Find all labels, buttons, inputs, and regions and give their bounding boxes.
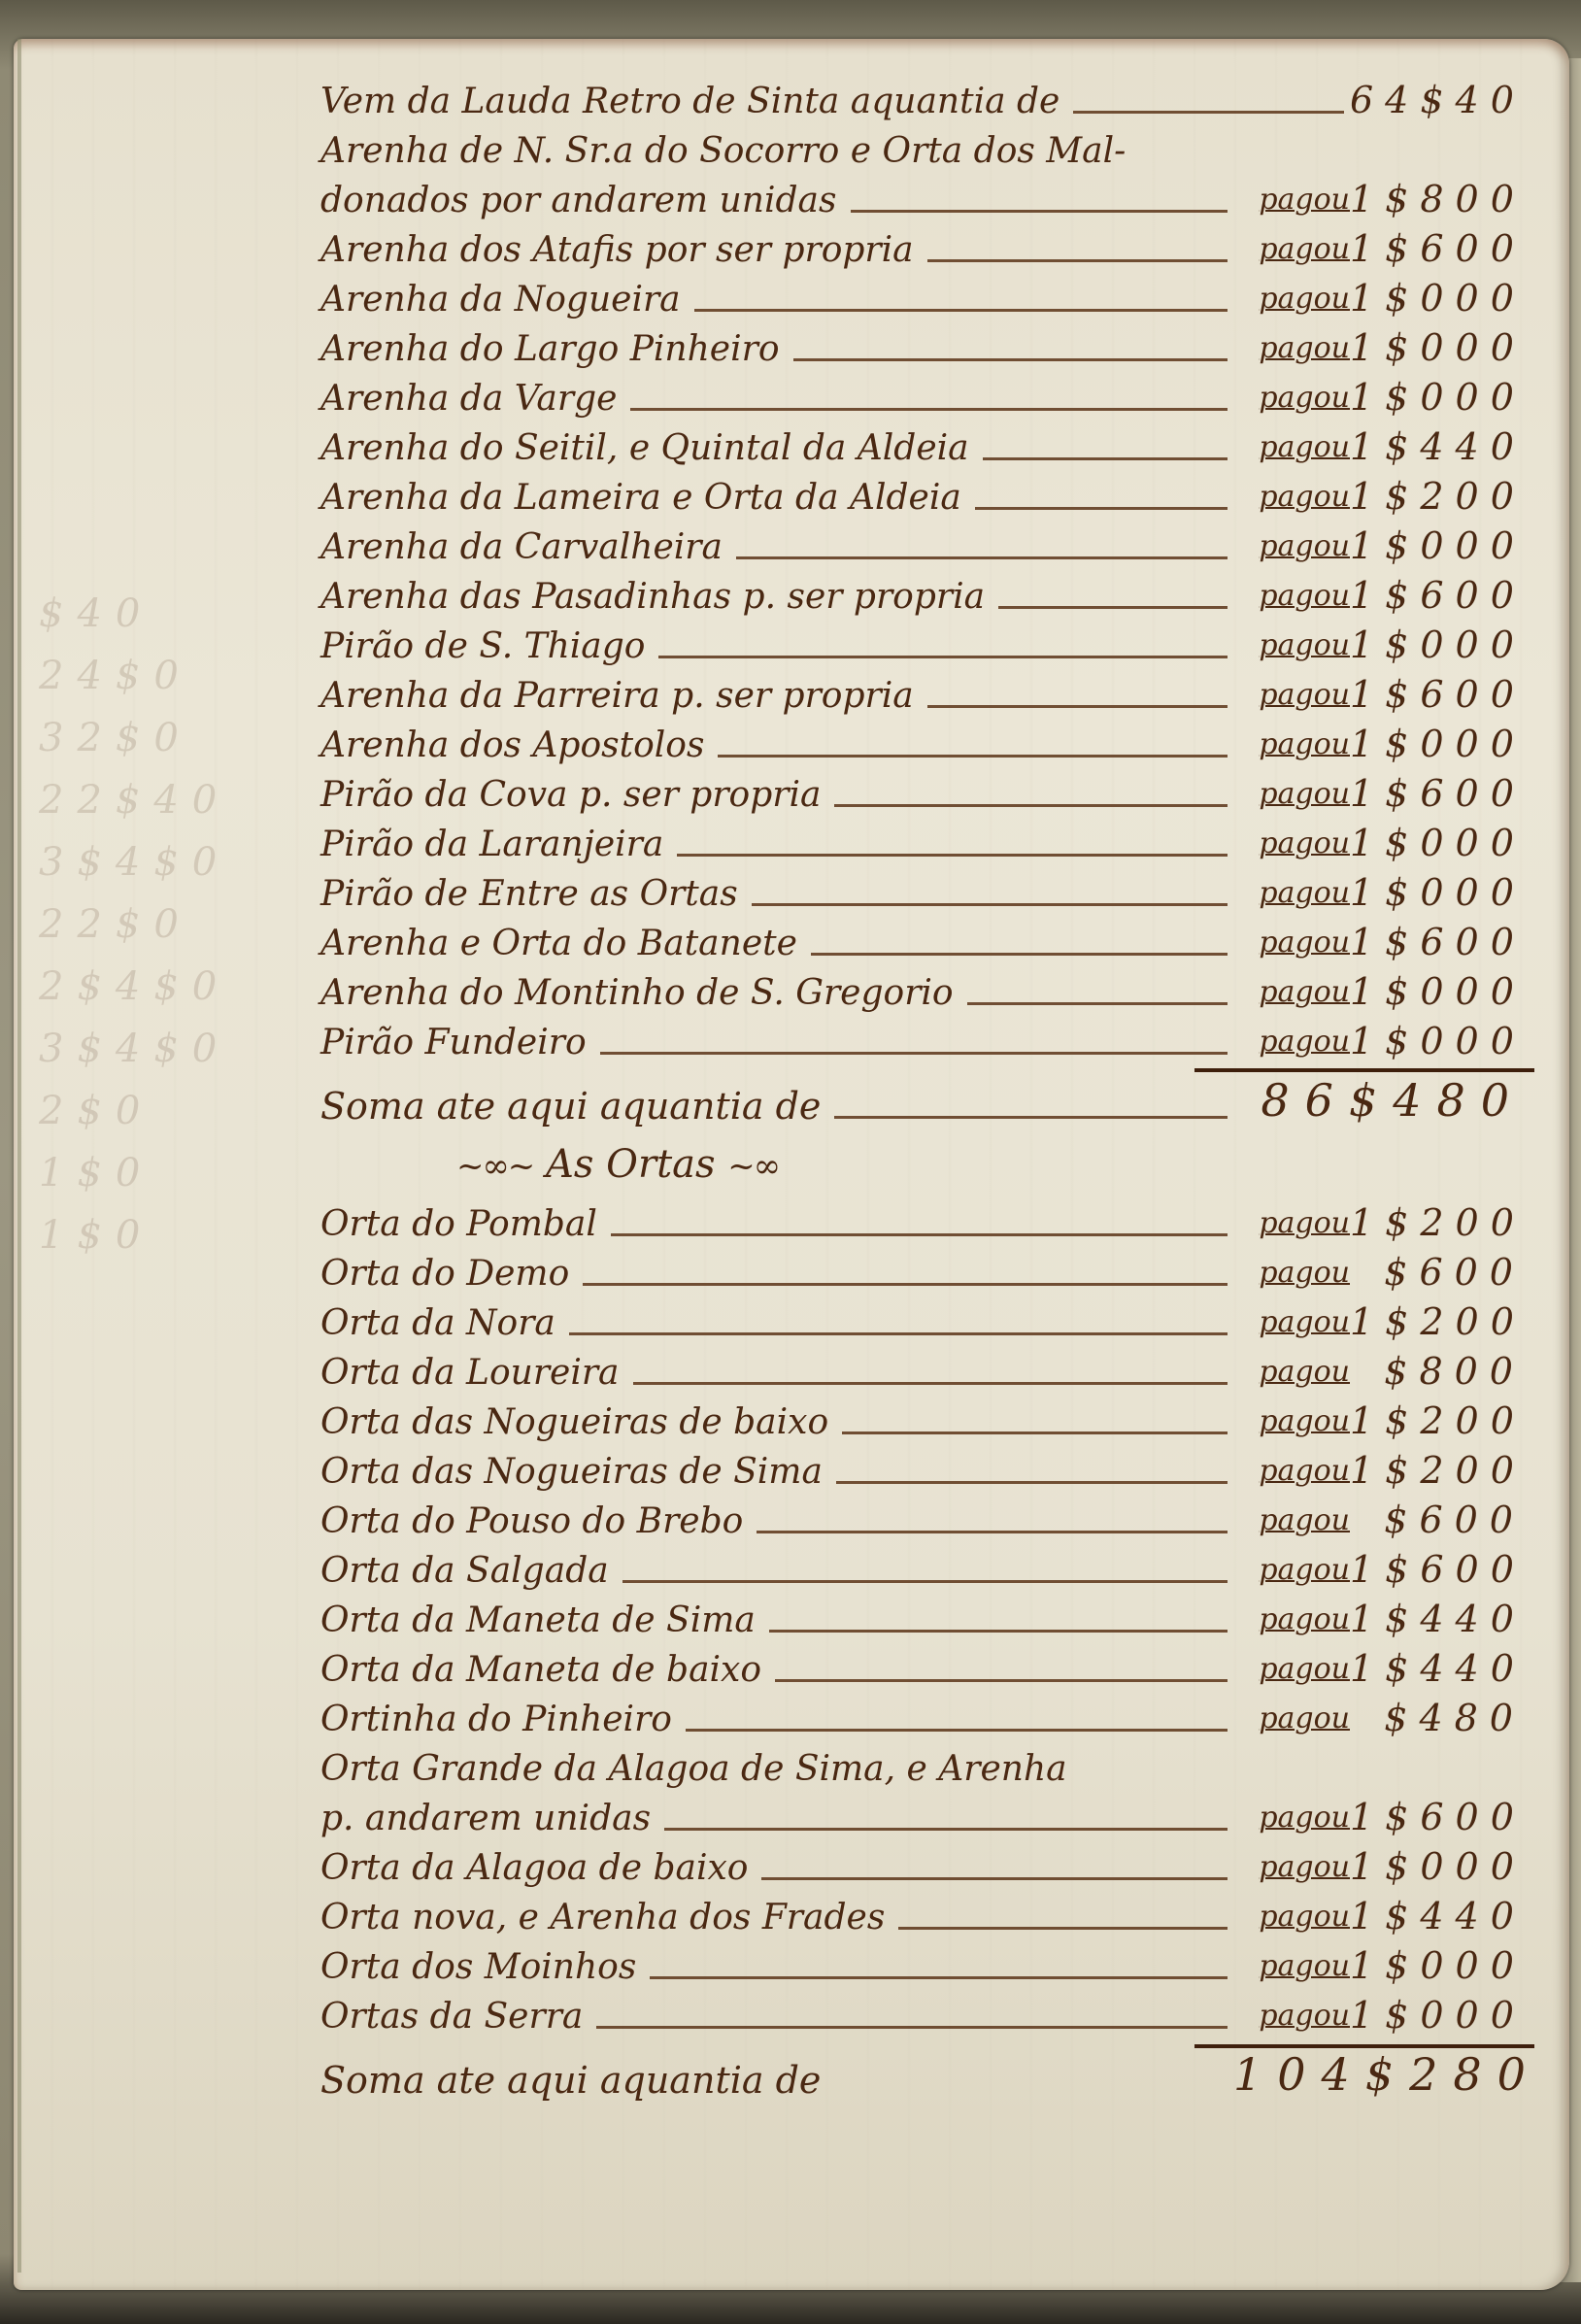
ledger-row: Pirão da Laranjeirapagou1$000 xyxy=(320,819,1525,868)
entry-amount: 1$440 xyxy=(1350,425,1525,472)
ledger-row: Ortinha do Pinheiropagou$480 xyxy=(320,1694,1525,1743)
ledger-row: Arenha da Carvalheirapagou1$000 xyxy=(320,522,1525,571)
payment-status: pagou xyxy=(1233,1553,1350,1595)
leader-line xyxy=(811,953,1228,956)
ledger-row: Orta nova, e Arenha dos Fradespagou1$440 xyxy=(320,1892,1525,1941)
ledger-row: Arenha de N. Sr.a do Socorro e Orta dos … xyxy=(320,125,1525,175)
payment-status: pagou xyxy=(1233,282,1350,323)
entry-amount: 1$200 xyxy=(1350,1449,1525,1496)
leader-line xyxy=(650,1976,1228,1979)
ledger-row: Orta da Maneta de baixopagou1$440 xyxy=(320,1644,1525,1694)
ledger-row: Pirão de Entre as Ortaspagou1$000 xyxy=(320,868,1525,918)
entry-label: Arenha e Orta do Batanete xyxy=(320,926,797,967)
leader-line xyxy=(752,903,1228,906)
entry-label: Pirão Fundeiro xyxy=(320,1026,587,1066)
entry-amount: 1$000 xyxy=(1350,326,1525,373)
leader-line xyxy=(898,1927,1228,1930)
leader-line xyxy=(677,854,1228,857)
carried-forward-amount: 64$40 xyxy=(1350,79,1525,125)
entry-amount: 1$000 xyxy=(1350,1944,1525,1991)
payment-status: pagou xyxy=(1233,480,1350,522)
bleedthrough-number: 1$0 xyxy=(39,1142,291,1204)
ledger-row: Pirão de S. Thiagopagou1$000 xyxy=(320,621,1525,670)
leader-line xyxy=(834,1116,1228,1119)
leader-line xyxy=(583,1283,1228,1286)
leader-line xyxy=(600,1052,1228,1055)
payment-status: pagou xyxy=(1233,232,1350,274)
leader-line xyxy=(757,1531,1228,1533)
entry-label: Arenha de N. Sr.a do Socorro e Orta dos … xyxy=(320,134,1126,175)
payment-status: pagou xyxy=(1233,727,1350,769)
payment-status: pagou xyxy=(1233,1801,1350,1842)
entry-amount: 1$000 xyxy=(1350,623,1525,670)
ledger-row: Arenha das Pasadinhas p. ser propriapago… xyxy=(320,571,1525,621)
entry-label: Arenha dos Atafis por ser propria xyxy=(320,233,914,274)
bleedthrough-number: 2$4$0 xyxy=(39,956,291,1018)
bleedthrough-number: 24$0 xyxy=(39,645,291,707)
entry-label: Pirão da Laranjeira xyxy=(320,827,663,868)
ledger-row: Arenha dos Atafis por ser propriapagou1$… xyxy=(320,224,1525,274)
ledger-row: Orta da Norapagou1$200 xyxy=(320,1297,1525,1347)
payment-status: pagou xyxy=(1233,1602,1350,1644)
entry-label-continuation: p. andarem unidas xyxy=(320,1802,651,1842)
leader-line xyxy=(658,656,1228,658)
leader-line xyxy=(694,309,1228,312)
subtotal-row-1: Soma ate aqui aquantia de 86$480 xyxy=(320,1066,1525,1130)
ledger-row: Arenha da Parreira p. ser propriapagou1$… xyxy=(320,670,1525,720)
entry-amount: 1$800 xyxy=(1350,178,1525,224)
leader-line xyxy=(596,2026,1228,2029)
ledger-row: Arenha da Nogueirapagou1$000 xyxy=(320,274,1525,323)
leader-line xyxy=(718,755,1228,758)
entry-label: Arenha da Carvalheira xyxy=(320,530,723,571)
subtotal-amount: 86$480 xyxy=(1233,1074,1525,1130)
ledger-row: Arenha do Montinho de S. Gregoriopagou1$… xyxy=(320,967,1525,1017)
entry-amount: 1$000 xyxy=(1350,822,1525,868)
payment-status: pagou xyxy=(1233,381,1350,422)
leader-line xyxy=(842,1431,1228,1434)
entry-label: Arenha da Varge xyxy=(320,382,617,422)
entry-amount: 1$200 xyxy=(1350,1399,1525,1446)
section-arenhas: Arenha de N. Sr.a do Socorro e Orta dos … xyxy=(320,125,1525,1066)
entry-label: Orta da Salgada xyxy=(320,1554,609,1595)
ledger-row: Orta Grande da Alagoa de Sima, e Arenha xyxy=(320,1743,1525,1793)
payment-status: pagou xyxy=(1233,529,1350,571)
payment-status: pagou xyxy=(1233,1305,1350,1347)
entry-amount: 1$000 xyxy=(1350,1845,1525,1892)
section-title-text: As Ortas xyxy=(546,1142,716,1187)
carried-forward-label: Vem da Lauda Retro de Sinta aquantia de xyxy=(320,84,1060,125)
total-rule xyxy=(1194,2044,1534,2048)
entry-amount: 1$000 xyxy=(1350,1020,1525,1066)
payment-status: pagou xyxy=(1233,926,1350,967)
entry-label: Orta da Maneta de Sima xyxy=(320,1603,756,1644)
payment-status: pagou xyxy=(1233,183,1350,224)
payment-status: pagou xyxy=(1233,1999,1350,2040)
entry-label: Arenha do Largo Pinheiro xyxy=(320,332,780,373)
entry-label: Arenha da Lameira e Orta da Aldeia xyxy=(320,481,961,522)
leader-line xyxy=(736,556,1228,559)
payment-status: pagou xyxy=(1233,1355,1350,1397)
entry-amount: 1$600 xyxy=(1350,1548,1525,1595)
bleedthrough-number: 2$0 xyxy=(39,1080,291,1142)
payment-status: pagou xyxy=(1233,826,1350,868)
page-fold-line xyxy=(17,39,21,2273)
ledger-row: Arenha dos Apostolospagou1$000 xyxy=(320,720,1525,769)
entry-label: Pirão de S. Thiago xyxy=(320,629,645,670)
ledger-row: Orta das Nogueiras de Simapagou1$200 xyxy=(320,1446,1525,1496)
bleedthrough-number: 32$0 xyxy=(39,707,291,769)
bleedthrough-number: 22$40 xyxy=(39,769,291,831)
section-ortas: Orta do Pombalpagou1$200Orta do Demopago… xyxy=(320,1198,1525,2040)
entry-amount: $480 xyxy=(1350,1697,1525,1743)
entry-amount: 1$200 xyxy=(1350,475,1525,522)
ledger-row: Orta da Alagoa de baixopagou1$000 xyxy=(320,1842,1525,1892)
payment-status: pagou xyxy=(1233,579,1350,621)
ledger-row: Pirão Fundeiropagou1$000 xyxy=(320,1017,1525,1066)
entry-label: Orta da Nora xyxy=(320,1306,555,1347)
payment-status: pagou xyxy=(1233,1025,1350,1066)
bleedthrough-number: 22$0 xyxy=(39,893,291,956)
entry-amount: 1$600 xyxy=(1350,921,1525,967)
payment-status: pagou xyxy=(1233,1206,1350,1248)
payment-status: pagou xyxy=(1233,1503,1350,1545)
entry-label: Arenha da Parreira p. ser propria xyxy=(320,679,914,720)
payment-status: pagou xyxy=(1233,876,1350,918)
ledger-row: Arenha do Largo Pinheiropagou1$000 xyxy=(320,323,1525,373)
payment-status: pagou xyxy=(1233,628,1350,670)
bleedthrough-number: 1$0 xyxy=(39,1204,291,1266)
ledger: Vem da Lauda Retro de Sinta aquantia de … xyxy=(320,76,1525,2105)
leader-line xyxy=(975,507,1228,510)
leader-line xyxy=(630,408,1228,411)
entry-amount: 1$000 xyxy=(1350,970,1525,1017)
section-title-ortas: ~∞~ As Ortas ~∞ xyxy=(320,1130,1525,1198)
ledger-row: Ortas da Serrapagou1$000 xyxy=(320,1991,1525,2040)
leader-line xyxy=(686,1729,1228,1732)
entry-amount: 1$000 xyxy=(1350,376,1525,422)
entry-amount: $800 xyxy=(1350,1350,1525,1397)
leader-line xyxy=(927,259,1228,262)
entry-label: Orta da Alagoa de baixo xyxy=(320,1851,748,1892)
entry-amount: 1$000 xyxy=(1350,723,1525,769)
entry-amount: 1$000 xyxy=(1350,524,1525,571)
ledger-row: Pirão da Cova p. ser propriapagou1$600 xyxy=(320,769,1525,819)
leader-line xyxy=(633,1382,1228,1385)
entry-label: Orta do Demo xyxy=(320,1257,569,1297)
entry-amount: 1$200 xyxy=(1350,1201,1525,1248)
entry-amount: 1$600 xyxy=(1350,574,1525,621)
entry-label: Pirão da Cova p. ser propria xyxy=(320,778,821,819)
entry-label: Arenha da Nogueira xyxy=(320,283,681,323)
entry-label: Orta da Loureira xyxy=(320,1356,620,1397)
payment-status: pagou xyxy=(1233,1850,1350,1892)
entry-label: Orta das Nogueiras de Sima xyxy=(320,1455,823,1496)
bleedthrough-number: $40 xyxy=(39,583,291,645)
entry-amount: 1$000 xyxy=(1350,277,1525,323)
leader-line xyxy=(967,1002,1228,1005)
total-rule xyxy=(1194,1068,1534,1072)
bleedthrough-number: 3$4$0 xyxy=(39,1018,291,1080)
entry-amount: 1$200 xyxy=(1350,1300,1525,1347)
entry-amount: 1$440 xyxy=(1350,1647,1525,1694)
leader-line xyxy=(569,1332,1228,1335)
ledger-row: Orta do Pouso do Brebopagou$600 xyxy=(320,1496,1525,1545)
leader-line xyxy=(793,358,1228,361)
entry-amount: $600 xyxy=(1350,1499,1525,1545)
entry-amount: 1$000 xyxy=(1350,1994,1525,2040)
payment-status: pagou xyxy=(1233,1652,1350,1694)
entry-label: Orta das Nogueiras de baixo xyxy=(320,1405,828,1446)
entry-amount: 1$600 xyxy=(1350,673,1525,720)
carried-forward-row: Vem da Lauda Retro de Sinta aquantia de … xyxy=(320,76,1525,125)
ledger-row: Orta da Maneta de Simapagou1$440 xyxy=(320,1595,1525,1644)
ledger-row: Orta dos Moinhospagou1$000 xyxy=(320,1941,1525,1991)
leader-line xyxy=(1073,111,1344,114)
leader-line xyxy=(834,804,1228,807)
subtotal-row-2: Soma ate aqui aquantia de 104$280 xyxy=(320,2040,1525,2105)
leader-line xyxy=(775,1679,1228,1682)
entry-label: Orta dos Moinhos xyxy=(320,1950,636,1991)
entry-label: Arenha do Montinho de S. Gregorio xyxy=(320,976,954,1017)
entry-amount: 1$440 xyxy=(1350,1895,1525,1941)
payment-status: pagou xyxy=(1233,430,1350,472)
leader-line xyxy=(851,210,1228,213)
ledger-row-continuation: donados por andarem unidaspagou1$800 xyxy=(320,175,1525,224)
ledger-row: Arenha do Seitil, e Quintal da Aldeiapag… xyxy=(320,422,1525,472)
subtotal-label: Soma ate aqui aquantia de xyxy=(320,2062,821,2105)
subtotal-amount: 104$280 xyxy=(1233,2048,1525,2105)
entry-amount: 1$000 xyxy=(1350,871,1525,918)
subtotal-label: Soma ate aqui aquantia de xyxy=(320,1088,821,1130)
bleedthrough-number: 3$4$0 xyxy=(39,831,291,893)
ledger-row: Orta do Demopagou$600 xyxy=(320,1248,1525,1297)
ledger-row: Orta da Salgadapagou1$600 xyxy=(320,1545,1525,1595)
entry-amount: 1$600 xyxy=(1350,227,1525,274)
payment-status: pagou xyxy=(1233,1454,1350,1496)
ledger-row: Orta da Loureirapagou$800 xyxy=(320,1347,1525,1397)
leader-line xyxy=(769,1630,1228,1633)
entry-label-continuation: donados por andarem unidas xyxy=(320,184,837,224)
margin-bleedthrough: $4024$032$022$403$4$022$02$4$03$4$02$01$… xyxy=(39,583,291,1845)
entry-amount: $600 xyxy=(1350,1251,1525,1297)
entry-amount: 1$440 xyxy=(1350,1598,1525,1644)
entry-label: Ortinha do Pinheiro xyxy=(320,1702,672,1743)
ledger-row: Arenha da Vargepagou1$000 xyxy=(320,373,1525,422)
entry-label: Ortas da Serra xyxy=(320,2000,583,2040)
leader-line xyxy=(983,457,1228,460)
entry-label: Orta do Pombal xyxy=(320,1207,597,1248)
ledger-row: Orta do Pombalpagou1$200 xyxy=(320,1198,1525,1248)
leader-line xyxy=(836,1481,1228,1484)
payment-status: pagou xyxy=(1233,1404,1350,1446)
ledger-row: Arenha e Orta do Batanetepagou1$600 xyxy=(320,918,1525,967)
leader-line xyxy=(927,705,1228,708)
payment-status: pagou xyxy=(1233,1900,1350,1941)
payment-status: pagou xyxy=(1233,1949,1350,1991)
entry-label: Pirão de Entre as Ortas xyxy=(320,877,738,918)
payment-status: pagou xyxy=(1233,678,1350,720)
entry-label: Orta da Maneta de baixo xyxy=(320,1653,761,1694)
entry-label: Arenha do Seitil, e Quintal da Aldeia xyxy=(320,431,969,472)
flourish-left-icon: ~∞~ xyxy=(456,1147,533,1186)
entry-amount: 1$600 xyxy=(1350,1796,1525,1842)
entry-label: Orta Grande da Alagoa de Sima, e Arenha xyxy=(320,1752,1067,1793)
ledger-row: Orta das Nogueiras de baixopagou1$200 xyxy=(320,1397,1525,1446)
payment-status: pagou xyxy=(1233,975,1350,1017)
payment-status: pagou xyxy=(1233,1701,1350,1743)
leader-line xyxy=(998,606,1228,609)
payment-status: pagou xyxy=(1233,1256,1350,1297)
entry-amount: 1$600 xyxy=(1350,772,1525,819)
ledger-row-continuation: p. andarem unidaspagou1$600 xyxy=(320,1793,1525,1842)
leader-line xyxy=(622,1580,1228,1583)
entry-label: Arenha das Pasadinhas p. ser propria xyxy=(320,580,985,621)
leader-line xyxy=(761,1877,1228,1880)
entry-label: Arenha dos Apostolos xyxy=(320,728,704,769)
ledger-row: Arenha da Lameira e Orta da Aldeiapagou1… xyxy=(320,472,1525,522)
payment-status: pagou xyxy=(1233,331,1350,373)
leader-line xyxy=(664,1828,1228,1831)
leader-line xyxy=(611,1233,1228,1236)
flourish-right-icon: ~∞ xyxy=(727,1147,779,1186)
entry-label: Orta nova, e Arenha dos Frades xyxy=(320,1901,885,1941)
payment-status: pagou xyxy=(1233,777,1350,819)
entry-label: Orta do Pouso do Brebo xyxy=(320,1504,743,1545)
